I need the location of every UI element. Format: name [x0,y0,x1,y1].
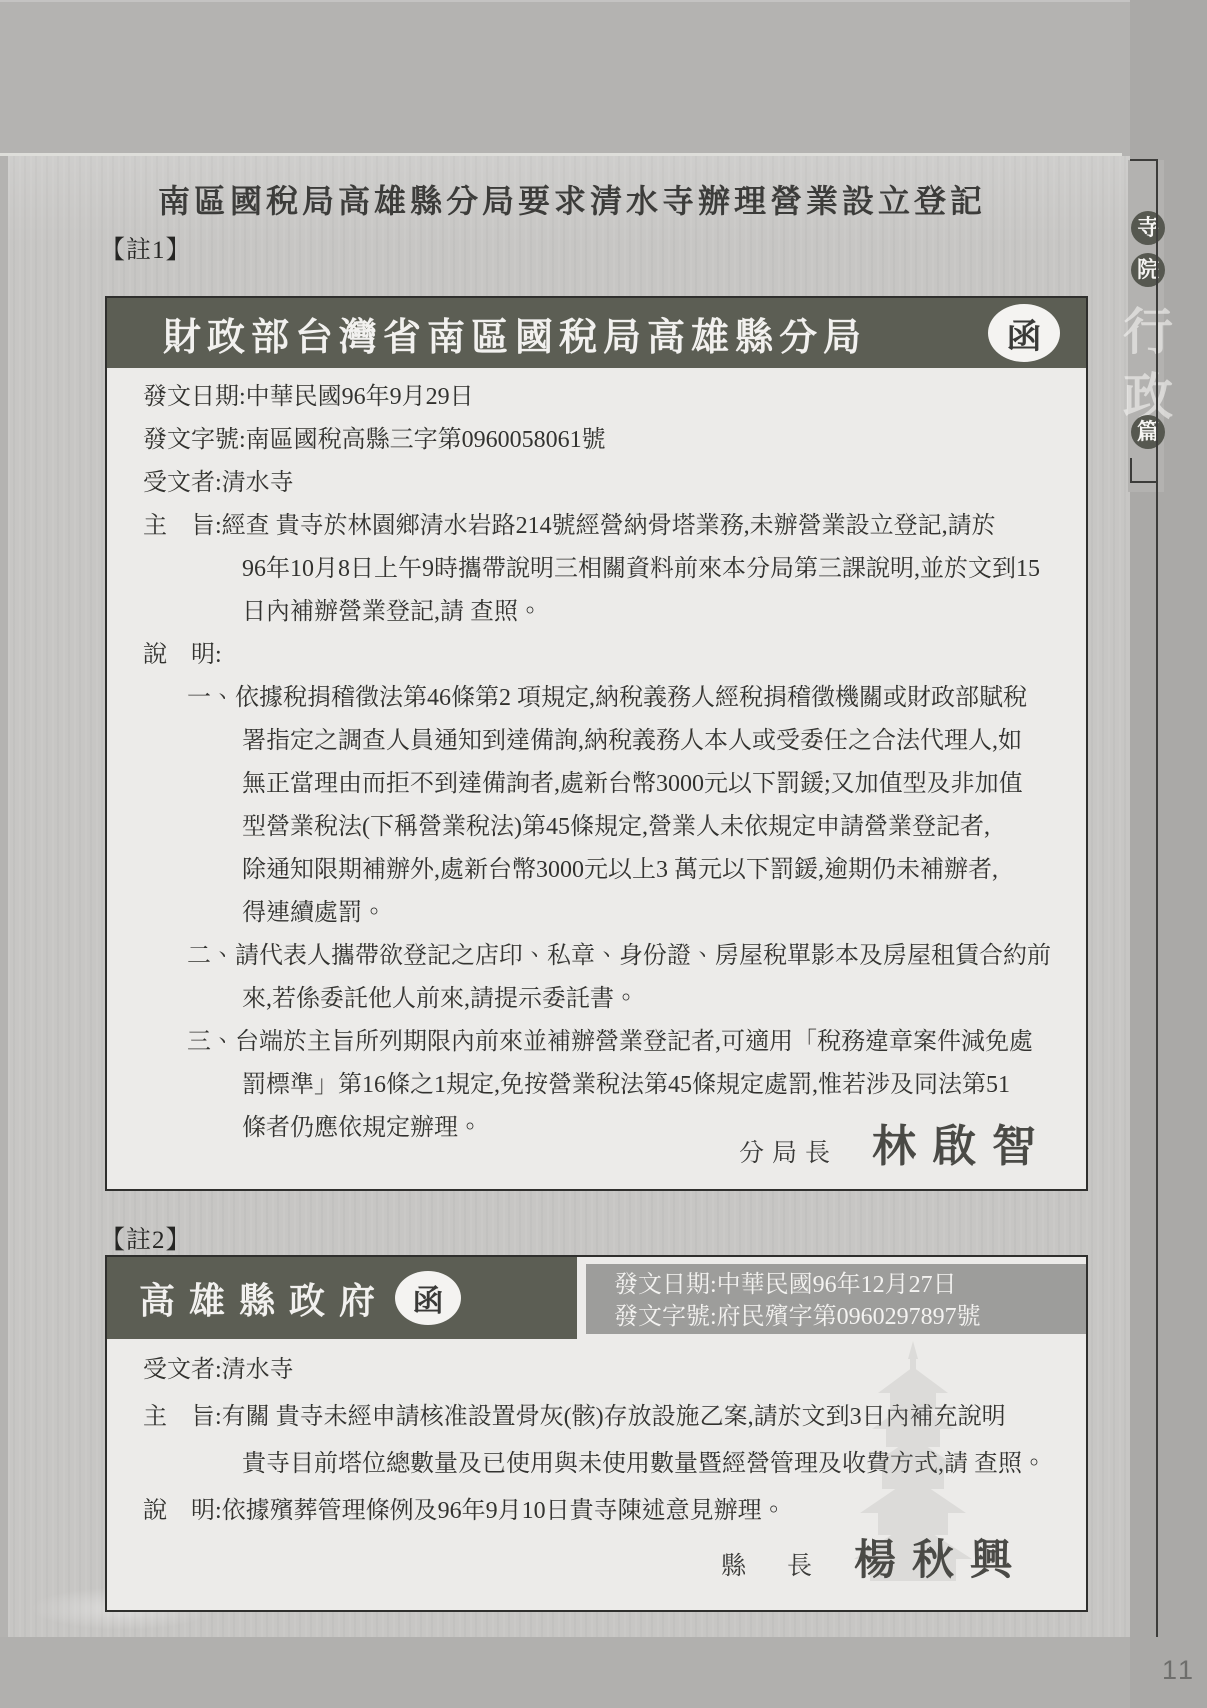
doc-line: 發文日期:中華民國96年12月27日 [614,1269,1086,1301]
letter2-header-row: 高雄縣政府 函 發文日期:中華民國96年12月27日發文字號:府民殯字第0960… [107,1257,1086,1339]
doc-line: 一、依據稅捐稽徵法第46條第2 項規定,納稅義務人經稅捐稽徵機關或財政部賦稅 [187,677,1086,720]
letter1-signature: 分局長 林啟智 [739,1110,1052,1174]
letter1-tax-bureau: 財政部台灣省南區國稅局高雄縣分局 函 發文日期:中華民國96年9月29日發文字號… [105,296,1088,1191]
doc-line: 發文日期:中華民國96年9月29日 [143,376,1086,419]
doc-line: 來,若係委託他人前來,請提示委託書。 [242,978,1086,1021]
letter1-body: 發文日期:中華民國96年9月29日發文字號:南區國稅高縣三字第096005806… [107,368,1086,1150]
letter1-agency-name: 財政部台灣省南區國稅局高雄縣分局 [163,306,867,361]
letter2-agency-bar: 高雄縣政府 函 [107,1257,577,1339]
chapter-char-circle-pian: 篇 [1131,415,1165,449]
doc-line: 除通知限期補辦外,處新台幣3000元以上3 萬元以下罰鍰,逾期仍未補辦者, [242,849,1086,892]
doc-line: 發文字號:府民殯字第0960297897號 [614,1301,1086,1333]
note2-label: 【註2】 [100,1220,192,1256]
doc-line: 發文字號:南區國稅高縣三字第0960058061號 [143,419,1086,462]
doc-line: 無正當理由而拒不到達備詢者,處新台幣3000元以下罰鍰;又加值型及非加值 [242,763,1086,806]
doc-line: 得連續處罰。 [242,892,1086,935]
chapter-char-circle-temple: 寺 [1131,211,1165,245]
scan-bottom-margin [0,1637,1130,1708]
note1-label: 【註1】 [100,230,192,266]
page-number: 11 [1162,1655,1196,1686]
letter2-signer-name: 楊秋興 [854,1527,1028,1587]
tab-border-step-horizontal [1130,481,1158,483]
letter2-signature: 縣 長 楊秋興 [721,1527,1028,1587]
chapter-watermark-xing: 行 [1120,292,1176,364]
doc-line: 受文者:清水寺 [143,1347,1086,1394]
letter2-agency-name: 高雄縣政府 [139,1273,389,1324]
scanned-book-page: 南區國稅局高雄縣分局要求清水寺辦理營業設立登記 【註1】 財政部台灣省南區國稅局… [0,0,1207,1708]
tab-border-top [1130,159,1158,161]
letter2-lines: 受文者:清水寺主 旨:有關 貴寺未經申請核准設置骨灰(骸)存放設施乙案,請於文到… [143,1347,1086,1535]
letter2-header-gap [577,1257,586,1339]
doc-line: 受文者:清水寺 [143,462,1086,505]
scan-artifact-line [0,0,1207,2]
letter2-han-badge: 函 [395,1271,461,1325]
page-sheet-top-edge [0,153,1122,156]
letter2-meta-panel: 發文日期:中華民國96年12月27日發文字號:府民殯字第0960297897號 [586,1264,1086,1334]
letter1-signer-name: 林啟智 [872,1110,1052,1174]
tab-border-vertical [1156,159,1158,1637]
doc-line: 主 旨:經查 貴寺於林園鄉清水岩路214號經營納骨塔業務,未辦營業設立登記,請於 [143,505,1086,548]
page-title: 南區國稅局高雄縣分局要求清水寺辦理營業設立登記 [158,176,988,222]
letter2-county-government: 高雄縣政府 函 發文日期:中華民國96年12月27日發文字號:府民殯字第0960… [105,1255,1088,1612]
tab-border-step-vertical [1130,458,1132,483]
letter1-header-bar: 財政部台灣省南區國稅局高雄縣分局 函 [107,298,1086,368]
doc-line: 二、請代表人攜帶欲登記之店印、私章、身份證、房屋稅單影本及房屋租賃合約前 [187,935,1086,978]
doc-line: 說 明: [143,634,1086,677]
doc-line: 96年10月8日上午9時攜帶說明三相關資料前來本分局第三課說明,並於文到15 [242,548,1086,591]
doc-line: 署指定之調查人員通知到達備詢,納稅義務人本人或受委任之合法代理人,如 [242,720,1086,763]
doc-line: 三、台端於主旨所列期限內前來並補辦營業登記者,可適用「稅務違章案件減免處 [187,1021,1086,1064]
doc-line: 罰標準」第16條之1規定,免按營業稅法第45條規定處罰,惟若涉及同法第51 [242,1064,1086,1107]
chapter-char-circle-yuan: 院 [1131,253,1165,287]
letter1-han-badge: 函 [988,304,1060,362]
letter2-signer-title: 縣 長 [721,1546,820,1582]
letter1-signer-title: 分局長 [739,1133,838,1169]
doc-line: 日內補辦營業登記,請 查照。 [242,591,1086,634]
doc-line: 型營業稅法(下稱營業稅法)第45條規定,營業人未依規定申請營業登記者, [242,806,1086,849]
doc-line: 主 旨:有關 貴寺未經申請核准設置骨灰(骸)存放設施乙案,請於文到3日內補充說明 [143,1394,1086,1441]
letter1-lines: 發文日期:中華民國96年9月29日發文字號:南區國稅高縣三字第096005806… [143,376,1086,1150]
letter2-body: 受文者:清水寺主 旨:有關 貴寺未經申請核准設置骨灰(骸)存放設施乙案,請於文到… [107,1339,1086,1535]
doc-line: 貴寺目前塔位總數量及已使用與未使用數量暨經營管理及收費方式,請 查照。 [242,1441,1086,1488]
